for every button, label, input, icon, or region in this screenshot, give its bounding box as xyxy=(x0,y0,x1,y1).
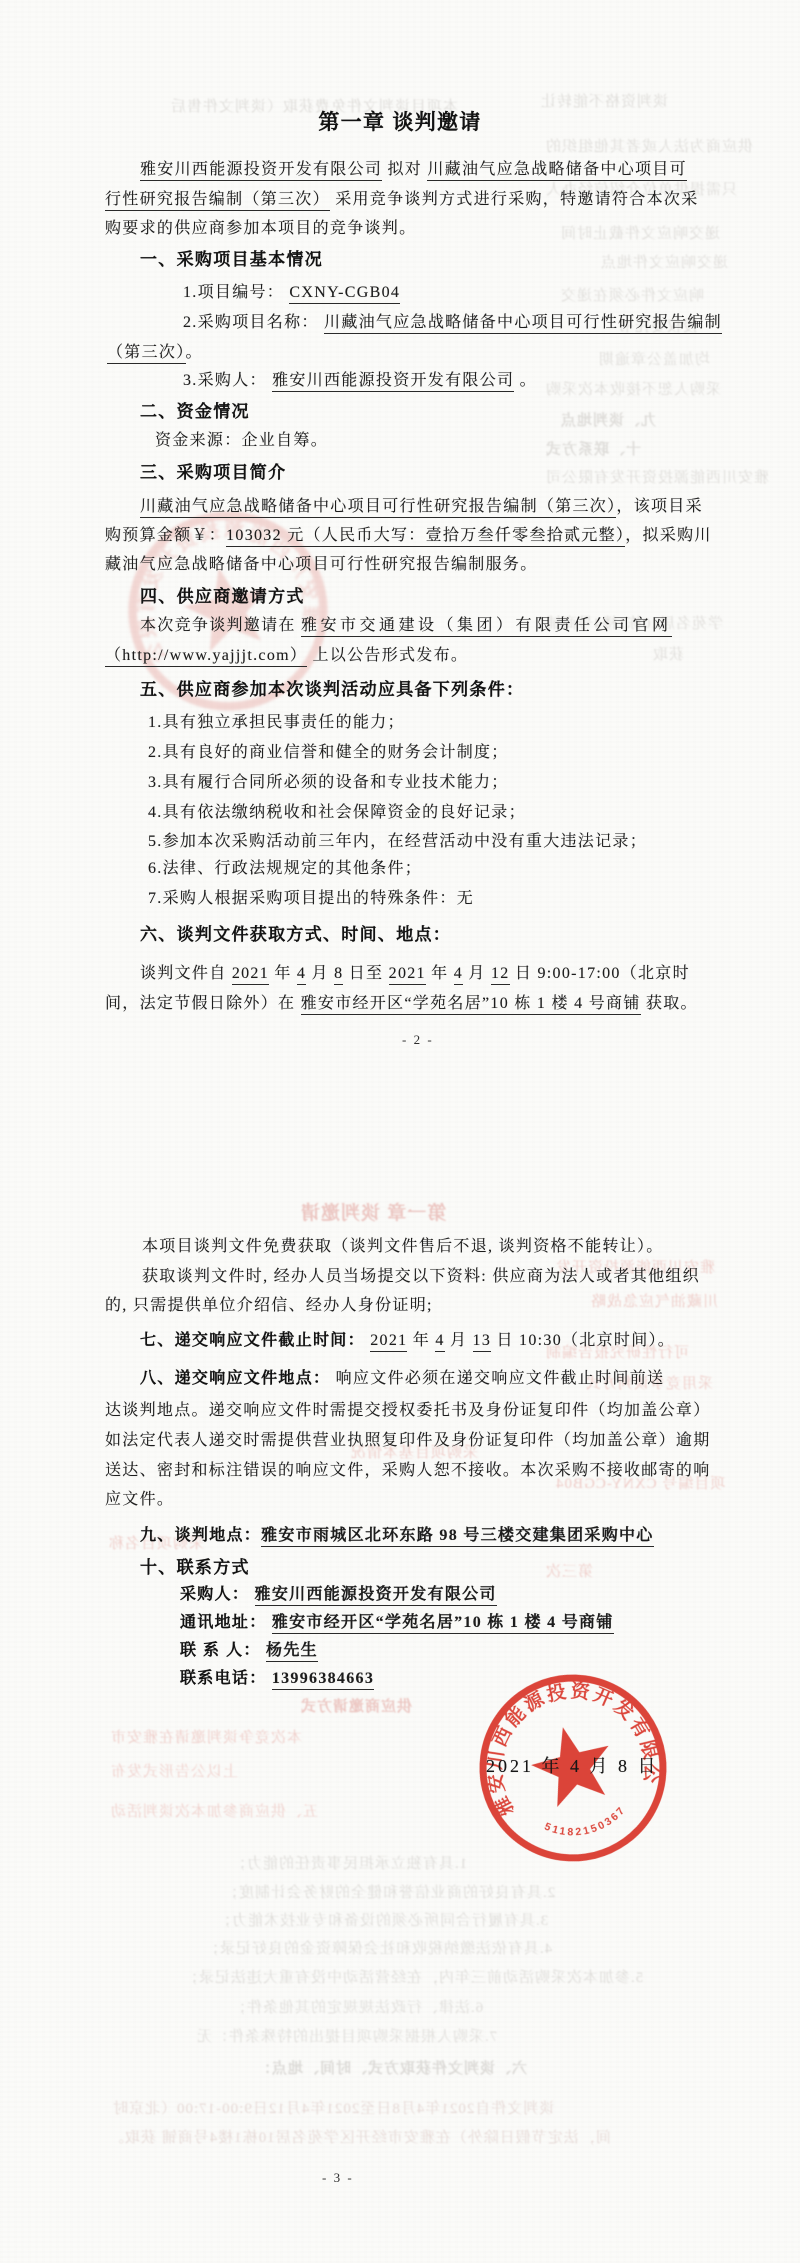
condition-2: 2.具有良好的商业信誉和健全的财务会计制度； xyxy=(148,743,509,763)
text-segment: （http://www.yajjjt.com） xyxy=(105,647,307,667)
text-segment: 资金来源：企业自筹。 xyxy=(155,432,328,449)
submit-line-5: 应文件。 xyxy=(105,1490,174,1510)
text-segment: 获取谈判文件时, 经办人员当场提交以下资料: 供应商为法人或者其他组织 xyxy=(142,1268,700,1285)
text-segment: 本次竞争谈判邀请在 xyxy=(140,617,301,634)
page-number-2: - 2 - xyxy=(402,1032,434,1048)
section-2-heading: 二、资金情况 xyxy=(140,401,250,422)
intro-line-3: 购要求的供应商参加本项目的竞争谈判。 xyxy=(105,219,416,239)
project-number: 1.项目编号： CXNY-CGB04 xyxy=(183,283,400,303)
text-segment: 响应文件必须在递交响应文件截止时间前送 xyxy=(330,1370,664,1387)
text-segment: 月 xyxy=(463,965,491,982)
submit-line-4: 送达、密封和标注错误的响应文件，采购人恕不接收。本次采购不接收邮寄的响 xyxy=(105,1461,711,1481)
text-segment: 采购人： xyxy=(180,1586,249,1603)
text-segment: 1.具有独立承担民事责任的能力； xyxy=(148,714,405,731)
text-segment: 送达、密封和标注错误的响应文件，采购人恕不接收。本次采购不接收邮寄的响 xyxy=(105,1462,711,1479)
text-segment: 2021 xyxy=(389,965,426,985)
text-segment: 4 xyxy=(454,965,463,985)
text-segment: 月 xyxy=(445,1332,473,1349)
text-segment: 1.项目编号： xyxy=(183,284,289,301)
contact-address: 通讯地址： 雅安市经开区“学苑名居”10 栋 1 楼 4 号商铺 xyxy=(180,1613,614,1633)
text-segment: 四、供应商邀请方式 xyxy=(140,587,305,606)
text-segment: 3.具有履行合同所必须的设备和专业技术能力； xyxy=(148,774,509,791)
text-segment: 年 xyxy=(269,965,297,982)
text-segment: 2021 xyxy=(232,965,269,985)
text-segment: 获取。 xyxy=(641,995,698,1012)
text-segment: ，拟采购川 xyxy=(625,527,712,544)
section-9-heading: 九、谈判地点：雅安市雨城区北环东路 98 号三楼交建集团采购中心 xyxy=(140,1526,654,1546)
text-segment: 六、谈判文件获取方式、时间、地点： xyxy=(140,925,451,944)
text-segment: 2.具有良好的商业信誉和健全的财务会计制度； xyxy=(148,744,509,761)
text-segment: 杨先生 xyxy=(266,1642,318,1662)
text-segment: 购预算金额￥： xyxy=(105,527,226,544)
text-segment: 应文件。 xyxy=(105,1491,174,1508)
text-segment: 。 xyxy=(186,344,203,361)
text-segment: 采用竞争谈判方式进行采购，特邀请符合本次采 xyxy=(330,191,699,208)
brief-line-3: 藏油气应急战略储备中心项目可行性研究报告编制服务。 xyxy=(105,555,538,575)
text-segment: 2.采购项目名称： xyxy=(183,314,324,331)
text-segment: CXNY-CGB04 xyxy=(289,284,400,304)
page-number-3: - 3 - xyxy=(322,2170,354,2186)
text-segment: 4 xyxy=(435,1332,444,1352)
project-name-2: （第三次）。 xyxy=(107,343,203,363)
text-segment: 3.采购人： xyxy=(183,372,272,389)
text-segment: 雅安川西能源投资开发有限公司 xyxy=(140,161,382,181)
text-segment: 川藏油气应急战略储备中心项目可行性研究报告编制（第三次） xyxy=(140,498,616,518)
text-segment: 日 10:30（北京时间）。 xyxy=(491,1332,675,1349)
text-segment xyxy=(249,1586,254,1603)
section-3-heading: 三、采购项目简介 xyxy=(140,462,286,483)
text-segment: 雅安川西能源投资开发有限公司 xyxy=(255,1586,497,1606)
text-segment: 雅安川西能源投资开发有限公司 xyxy=(272,372,514,392)
text-segment: 间，法定节假日除外）在 xyxy=(105,995,301,1012)
contact-purchaser: 采购人： 雅安川西能源投资开发有限公司 xyxy=(180,1585,497,1605)
project-name-1: 2.采购项目名称： 川藏油气应急战略储备中心项目可行性研究报告编制 xyxy=(183,313,722,333)
intro-line-2: 行性研究报告编制（第三次） 采用竞争谈判方式进行采购，特邀请符合本次采 xyxy=(105,190,699,210)
section-7-heading: 七、递交响应文件截止时间： 2021 年 4 月 13 日 10:30（北京时间… xyxy=(140,1331,675,1351)
brief-line-2: 购预算金额￥：103032 元（人民币大写：壹拾万叁仟零叁拾贰元整），拟采购川 xyxy=(105,526,712,546)
text-segment: 5.参加本次采购活动前三年内，在经营活动中没有重大违法记录； xyxy=(148,833,647,850)
section-8-heading: 八、递交响应文件地点： 响应文件必须在递交响应文件截止时间前送 xyxy=(140,1369,664,1389)
text-segment: 达谈判地点。递交响应文件时需提交授权委托书及身份证复印件（均加盖公章） xyxy=(105,1402,711,1419)
text-segment: 月 xyxy=(306,965,334,982)
contact-phone: 联系电话： 13996384663 xyxy=(180,1669,374,1689)
text-segment: 雅安市交通建设（集团）有限责任公司官网 xyxy=(301,617,672,637)
text-segment: 第一章 谈判邀请 xyxy=(318,111,481,134)
section-4-heading: 四、供应商邀请方式 xyxy=(140,586,305,607)
condition-5: 5.参加本次采购活动前三年内，在经营活动中没有重大违法记录； xyxy=(148,832,647,852)
text-segment: 年 xyxy=(426,965,454,982)
text-segment: 7.采购人根据采购项目提出的特殊条件：无 xyxy=(148,890,474,907)
section-10-heading: 十、联系方式 xyxy=(140,1557,250,1578)
text-segment: 行性研究报告编制（第三次） xyxy=(105,191,330,211)
text-segment: 八、递交响应文件地点： xyxy=(140,1370,330,1387)
text-segment: 购要求的供应商参加本项目的竞争谈判。 xyxy=(105,220,416,237)
text-segment: 。 xyxy=(514,372,537,389)
text-segment: 五、供应商参加本次谈判活动应具备下列条件： xyxy=(140,680,524,699)
text-segment: 6.法律、行政法规规定的其他条件； xyxy=(148,860,422,877)
text-segment: 年 xyxy=(407,1332,435,1349)
text-segment: 通讯地址： xyxy=(180,1614,267,1631)
submit-line-3: 如法定代表人递交时需提供营业执照复印件及身份证复印件（均加盖公章）逾期 xyxy=(105,1431,711,1451)
text-segment: 雅安市雨城区北环东路 98 号三楼交建集团采购中心 xyxy=(261,1527,654,1547)
text-segment: 如法定代表人递交时需提供营业执照复印件及身份证复印件（均加盖公章）逾期 xyxy=(105,1432,711,1449)
text-segment: 藏油气应急战略储备中心项目可行性研究报告编制服务。 xyxy=(105,556,538,573)
text-segment: 日至 xyxy=(343,965,388,982)
text-segment: 川藏油气应急战略储备中心项目可行性研究报告编制 xyxy=(324,314,722,334)
text-segment: 本项目谈判文件免费获取（谈判文件售后不退, 谈判资格不能转让）。 xyxy=(142,1238,664,1255)
text-segment: 13996384663 xyxy=(272,1670,374,1690)
text-segment: 拟对 xyxy=(382,161,427,178)
brief-line-1: 川藏油气应急战略储备中心项目可行性研究报告编制（第三次），该项目采 xyxy=(140,497,703,517)
text-segment: 七、递交响应文件截止时间： xyxy=(140,1332,365,1349)
text-layer: 第一章 谈判邀请雅安川西能源投资开发有限公司 拟对 川藏油气应急战略储备中心项目… xyxy=(0,0,800,2263)
materials-line-2: 的, 只需提供单位介绍信、经办人身份证明; xyxy=(105,1296,433,1316)
section-1-heading: 一、采购项目基本情况 xyxy=(140,249,323,270)
submit-line-2: 达谈判地点。递交响应文件时需提交授权委托书及身份证复印件（均加盖公章） xyxy=(105,1401,711,1421)
text-segment: ，该项目采 xyxy=(616,498,703,515)
chapter-title: 第一章 谈判邀请 xyxy=(0,110,800,136)
text-segment: 上以公告形式发布。 xyxy=(307,647,468,664)
text-segment: 九、谈判地点： xyxy=(140,1527,261,1544)
text-segment: 2021 xyxy=(370,1332,407,1352)
invite-line-1: 本次竞争谈判邀请在 雅安市交通建设（集团）有限责任公司官网 xyxy=(140,616,672,636)
text-segment: 日 9:00-17:00（北京时 xyxy=(510,965,690,982)
purchaser: 3.采购人： 雅安川西能源投资开发有限公司 。 xyxy=(183,371,537,391)
free-obtain-note: 本项目谈判文件免费获取（谈判文件售后不退, 谈判资格不能转让）。 xyxy=(142,1237,664,1257)
text-segment: 十、联系方式 xyxy=(140,1558,250,1577)
condition-3: 3.具有履行合同所必须的设备和专业技术能力； xyxy=(148,773,509,793)
scanned-document: 本项目谈判文件免费获取（谈判文件售后谈判资格不能转让供应商为法人或者其他组织的只… xyxy=(0,0,800,2263)
funding-source: 资金来源：企业自筹。 xyxy=(155,431,328,451)
section-5-heading: 五、供应商参加本次谈判活动应具备下列条件： xyxy=(140,679,524,700)
text-segment: 谈判文件自 xyxy=(140,965,232,982)
materials-line-1: 获取谈判文件时, 经办人员当场提交以下资料: 供应商为法人或者其他组织 xyxy=(142,1267,700,1287)
condition-4: 4.具有依法缴纳税收和社会保障资金的良好记录； xyxy=(148,803,526,823)
text-segment: 联 系 人： xyxy=(180,1642,261,1659)
text-segment: 二、资金情况 xyxy=(140,402,250,421)
intro-line-1: 雅安川西能源投资开发有限公司 拟对 川藏油气应急战略储备中心项目可 xyxy=(140,160,687,180)
text-segment: 的, 只需提供单位介绍信、经办人身份证明; xyxy=(105,1297,433,1314)
issue-date: 2021 年 4 月 8 日 xyxy=(486,1752,659,1778)
text-segment: 三、采购项目简介 xyxy=(140,463,286,482)
condition-7: 7.采购人根据采购项目提出的特殊条件：无 xyxy=(148,889,474,909)
invite-line-2: （http://www.yajjjt.com） 上以公告形式发布。 xyxy=(105,646,468,666)
obtain-line-1: 谈判文件自 2021 年 4 月 8 日至 2021 年 4 月 12 日 9:… xyxy=(140,964,690,984)
text-segment: （第三次） xyxy=(107,344,186,364)
contact-person: 联 系 人： 杨先生 xyxy=(180,1641,318,1661)
text-segment: 4.具有依法缴纳税收和社会保障资金的良好记录； xyxy=(148,804,526,821)
text-segment: 雅安市经开区“学苑名居”10 栋 1 楼 4 号商铺 xyxy=(272,1614,614,1634)
obtain-line-2: 间，法定节假日除外）在 雅安市经开区“学苑名居”10 栋 1 楼 4 号商铺 获… xyxy=(105,994,698,1014)
section-6-heading: 六、谈判文件获取方式、时间、地点： xyxy=(140,924,451,945)
text-segment: 一、采购项目基本情况 xyxy=(140,250,323,269)
condition-6: 6.法律、行政法规规定的其他条件； xyxy=(148,859,422,879)
text-segment: 川藏油气应急战略储备中心项目可 xyxy=(427,161,687,181)
text-segment: 4 xyxy=(297,965,306,985)
text-segment: 联系电话： xyxy=(180,1670,267,1687)
text-segment: 103032 元（人民币大写：壹拾万叁仟零叁拾贰元整） xyxy=(226,527,625,547)
condition-1: 1.具有独立承担民事责任的能力； xyxy=(148,713,405,733)
text-segment: 13 xyxy=(473,1332,492,1352)
text-segment: 雅安市经开区“学苑名居”10 栋 1 楼 4 号商铺 xyxy=(301,995,641,1015)
text-segment: 12 xyxy=(491,965,510,985)
